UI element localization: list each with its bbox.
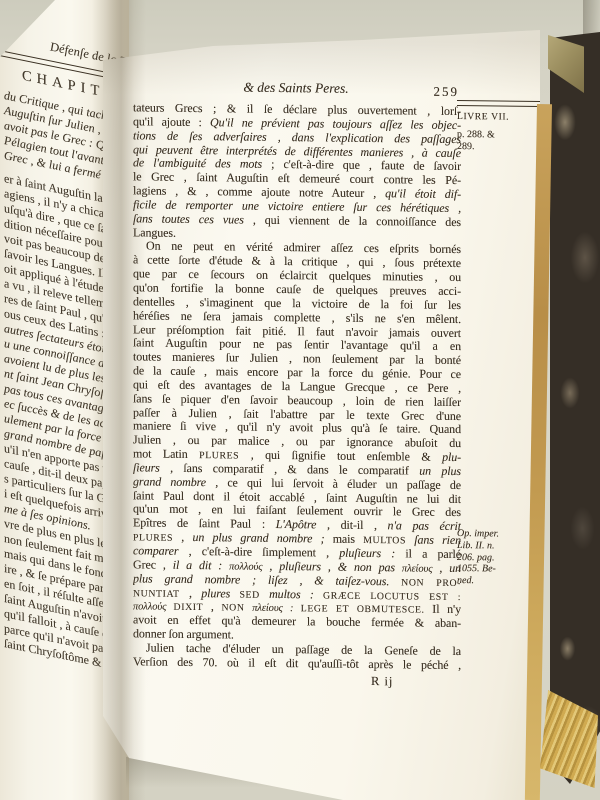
margin-note-citation: Op. imper.Lib. II. n.206. pag.1055. Be-n… bbox=[457, 528, 537, 588]
margin-note-top: LIVRE VII. p. 288. &289. bbox=[457, 100, 541, 154]
margin-double-rule bbox=[457, 100, 541, 107]
cover-board-marbled bbox=[550, 32, 600, 784]
text-line: Op. imper. bbox=[457, 528, 537, 541]
page-number: 259 bbox=[343, 83, 459, 100]
text-line: Lib. II. n. bbox=[457, 540, 537, 553]
text-line: 1055. Be- bbox=[457, 563, 537, 576]
signature-mark: R ij bbox=[371, 674, 393, 689]
book-photo: Défenſe de la Tradition , CHAPITRE V. du… bbox=[0, 0, 600, 800]
text-line: ned. bbox=[457, 575, 537, 588]
right-page: & des Saints Peres. 259 tateurs Grecs ; … bbox=[103, 0, 540, 800]
text-line: 289. bbox=[457, 141, 541, 154]
text-line: p. 288. & bbox=[457, 129, 541, 142]
text-line: 206. pag. bbox=[457, 552, 537, 565]
margin-page-refs: p. 288. &289. bbox=[457, 129, 541, 154]
right-body-lines: tateurs Grecs ; & il ſe déclare plus ouv… bbox=[133, 101, 461, 672]
margin-book-label: LIVRE VII. bbox=[457, 111, 541, 123]
right-page-content: & des Saints Peres. 259 tateurs Grecs ; … bbox=[103, 0, 540, 800]
text-line: Verſion des 70. où il eſt dit qu'auſſi-t… bbox=[133, 655, 461, 673]
